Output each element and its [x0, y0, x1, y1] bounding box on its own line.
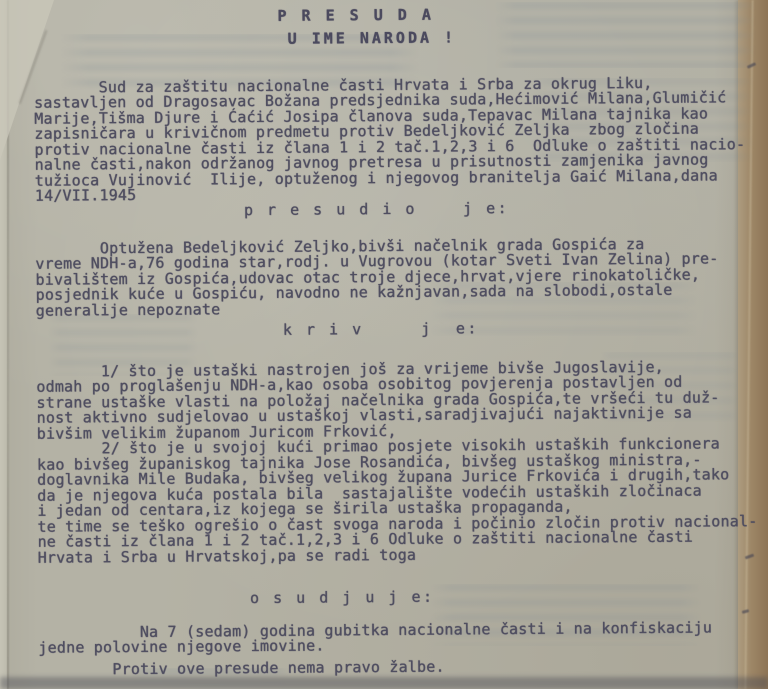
- typewritten-text: P R E S U D A U IME NARODA ! Sud za zašt…: [0, 0, 768, 689]
- intro-line: tužioca Vujinović Ilije, optuženog i nje…: [35, 168, 718, 189]
- document-title: P R E S U D A: [277, 8, 434, 25]
- heading-presudio-je: p r e s u d i o j e:: [244, 201, 509, 219]
- appeal-line: Protiv ove presude nema pravo žalbe.: [38, 660, 444, 679]
- document-photo: P R E S U D A U IME NARODA ! Sud za zašt…: [0, 0, 768, 689]
- heading-osudjuje: o s u d j u j e:: [250, 590, 435, 607]
- defendant-line: generalije nepoznate: [36, 302, 221, 319]
- heading-kriv-je: k r i v j e:: [283, 321, 479, 338]
- intro-line: 14/VII.1945: [35, 188, 137, 204]
- sentence-line: jedne polovine njegove imovine.: [38, 638, 324, 656]
- verdict-line: Hrvata i Srba u Hrvatskoj,pa se radi tog…: [38, 548, 417, 566]
- document-subtitle: U IME NARODA !: [288, 30, 457, 47]
